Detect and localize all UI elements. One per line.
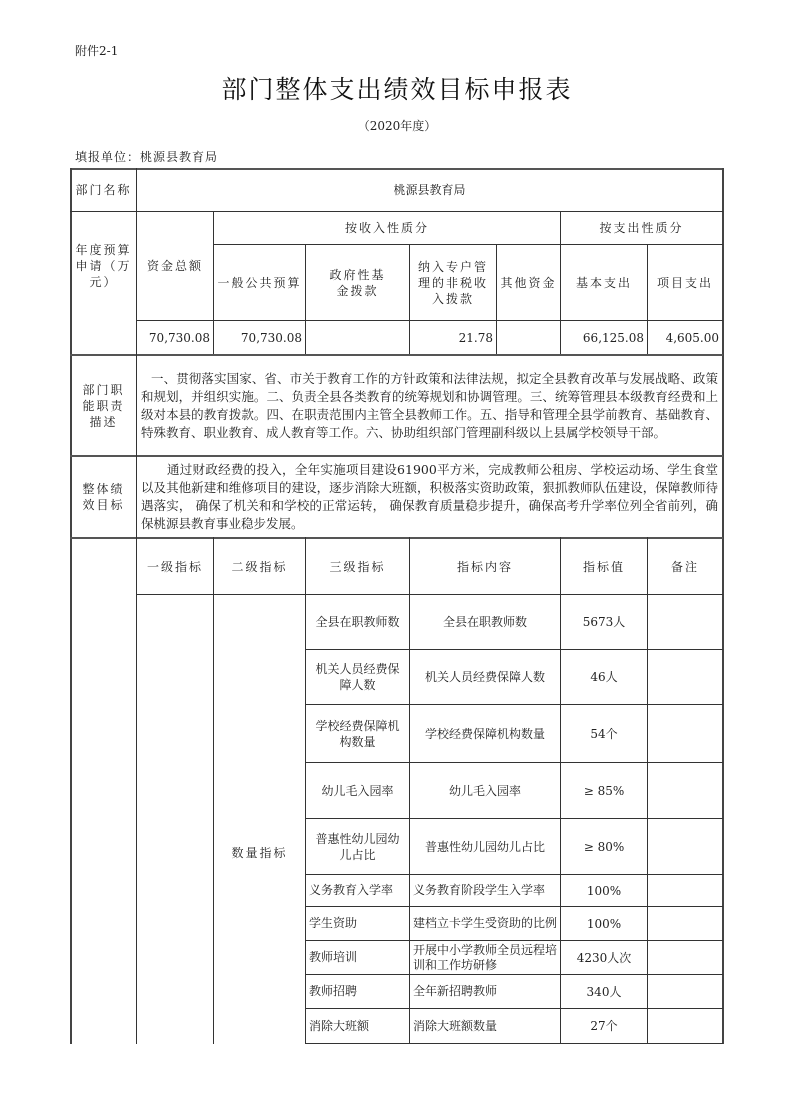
non-tax-header: 纳入专户管理的非税收入拨款 <box>410 245 496 320</box>
value-cell: 27个 <box>561 1009 647 1043</box>
value-cell: 100% <box>561 907 647 940</box>
note-cell <box>648 907 722 940</box>
value-cell: ≥ 80% <box>561 819 647 874</box>
year-label: （2020年度） <box>0 117 794 134</box>
content-cell: 学校经费保障机构数量 <box>410 705 560 762</box>
general-public-value: 70,730.08 <box>214 321 305 354</box>
content-cell: 建档立卡学生受资助的比例 <box>410 907 560 940</box>
basic-expense-header: 基本支出 <box>561 245 647 320</box>
value-cell: 4230人次 <box>561 941 647 974</box>
budget-label: 年度预算申请（万元） <box>72 212 135 320</box>
note-cell <box>648 595 722 649</box>
level3-cell: 机关人员经费保障人数 <box>306 650 409 704</box>
content-cell: 消除大班额数量 <box>410 1009 560 1043</box>
content-cell: 机关人员经费保障人数 <box>410 650 560 704</box>
table-border-right <box>722 168 724 1044</box>
content-cell: 全年新招聘教师 <box>410 975 560 1008</box>
content-cell: 全县在职教师数 <box>410 595 560 649</box>
dept-name-label: 部门名称 <box>71 169 136 211</box>
total-funds-value: 70,730.08 <box>137 321 213 354</box>
content-cell: 普惠性幼儿园幼儿占比 <box>410 819 560 874</box>
note-cell <box>648 763 722 818</box>
level2-quantity: 数量指标 <box>214 595 305 1043</box>
value-cell: 340人 <box>561 975 647 1008</box>
gov-fund-header: 政府性基金拨款 <box>306 245 409 320</box>
note-cell <box>648 1009 722 1043</box>
page-title: 部门整体支出绩效目标申报表 <box>0 70 794 106</box>
filing-unit: 填报单位：桃源县教育局 <box>75 148 218 165</box>
header-level1: 一级指标 <box>137 539 213 594</box>
content-cell: 开展中小学教师全员远程培训和工作坊研修 <box>410 941 560 974</box>
value-cell: 46人 <box>561 650 647 704</box>
note-cell <box>648 650 722 704</box>
level3-cell: 全县在职教师数 <box>306 595 409 649</box>
duties-label: 部门职能职责描述 <box>72 356 135 455</box>
goal-label: 整体绩效目标 <box>72 457 135 537</box>
header-content: 指标内容 <box>410 539 560 594</box>
project-expense-value: 4,605.00 <box>648 321 722 354</box>
note-cell <box>648 819 722 874</box>
level3-cell: 幼儿毛入园率 <box>306 763 409 818</box>
level3-cell: 教师培训 <box>306 941 409 974</box>
header-value: 指标值 <box>561 539 647 594</box>
note-cell <box>648 975 722 1008</box>
level3-cell: 学生资助 <box>306 907 409 940</box>
general-public-header: 一般公共预算 <box>214 245 305 320</box>
income-group-header: 按收入性质分 <box>214 212 560 244</box>
header-level3: 三级指标 <box>306 539 409 594</box>
total-funds-header: 资金总额 <box>137 212 213 320</box>
non-tax-value: 21.78 <box>410 321 496 354</box>
header-note: 备注 <box>648 539 722 594</box>
project-expense-header: 项目支出 <box>648 245 722 320</box>
level3-cell: 学校经费保障机构数量 <box>306 705 409 762</box>
goal-text: 通过财政经费的投入，全年实施项目建设61900平方米，完成教师公租房、学校运动场… <box>137 457 722 537</box>
gov-fund-value <box>306 321 409 354</box>
note-cell <box>648 875 722 906</box>
duties-text: 一、贯彻落实国家、省、市关于教育工作的方针政策和法律法规，拟定全县教育改革与发展… <box>137 356 722 455</box>
dept-name-value: 桃源县教育局 <box>137 169 722 211</box>
value-cell: 100% <box>561 875 647 906</box>
note-cell <box>648 941 722 974</box>
expense-group-header: 按支出性质分 <box>561 212 722 244</box>
value-cell: 5673人 <box>561 595 647 649</box>
divider <box>305 1043 723 1044</box>
value-cell: ≥ 85% <box>561 763 647 818</box>
level3-cell: 教师招聘 <box>306 975 409 1008</box>
value-cell: 54个 <box>561 705 647 762</box>
note-cell <box>648 705 722 762</box>
level3-cell: 义务教育入学率 <box>306 875 409 906</box>
basic-expense-value: 66,125.08 <box>561 321 647 354</box>
level3-cell: 消除大班额 <box>306 1009 409 1043</box>
content-cell: 义务教育阶段学生入学率 <box>410 875 560 906</box>
header-level2: 二级指标 <box>214 539 305 594</box>
content-cell: 幼儿毛入园率 <box>410 763 560 818</box>
level3-cell: 普惠性幼儿园幼儿占比 <box>306 819 409 874</box>
attachment-label: 附件2-1 <box>75 42 118 59</box>
other-funds-value <box>497 321 560 354</box>
other-funds-header: 其他资金 <box>497 245 560 320</box>
